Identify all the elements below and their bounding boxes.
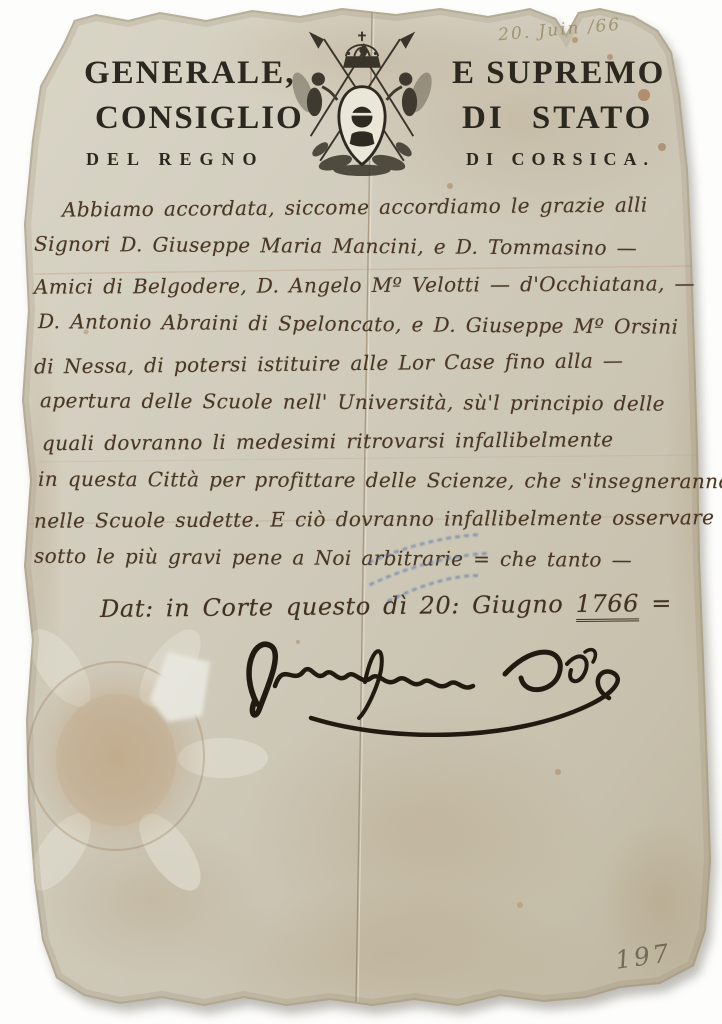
dateline-suffix: =: [639, 589, 672, 617]
letterhead-consiglio: CONSIGLIO: [95, 100, 304, 137]
manuscript-line: apertura delle Scuole nell' Università, …: [34, 381, 698, 423]
moors-head-shield-icon: [339, 87, 385, 165]
coat-of-arms-icon: [286, 24, 438, 176]
manuscript-line: Abbiamo accordata, siccome accordiamo le…: [34, 185, 698, 230]
manuscript-line: di Nessa, di potersi istituire alle Lor …: [34, 341, 698, 387]
scanned-document-page: GENERALE, E SUPREMO CONSIGLIO DI STATO D…: [0, 0, 722, 1024]
letterhead-e-supremo: E SUPREMO: [452, 55, 665, 92]
manuscript-line: quali dovranno li medesimi ritrovarsi in…: [34, 420, 698, 464]
letterhead-generale: GENERALE,: [84, 55, 295, 92]
letterhead-di-corsica: DI CORSICA.: [466, 149, 655, 170]
manuscript-body: Abbiamo accordata, siccome accordiamo le…: [34, 188, 698, 578]
letterhead-del-regno: DEL REGNO: [86, 149, 265, 170]
manuscript-line: nelle Scuole sudette. E ciò dovranno inf…: [34, 498, 698, 540]
manuscript-line: Amici di Belgodere, D. Angelo Mº Velotti…: [34, 264, 698, 306]
manuscript-line: Signori D. Giuseppe Maria Mancini, e D. …: [34, 225, 698, 269]
signature-flourish: [215, 622, 645, 737]
letterhead-di-stato: DI STATO: [462, 100, 653, 137]
crown-icon: [343, 32, 381, 68]
manuscript-line: D. Antonio Abraini di Speloncato, e D. G…: [34, 302, 698, 347]
dateline-year: 1766: [575, 589, 639, 622]
manuscript-line: in questa Città per profittare delle Sci…: [34, 460, 698, 501]
